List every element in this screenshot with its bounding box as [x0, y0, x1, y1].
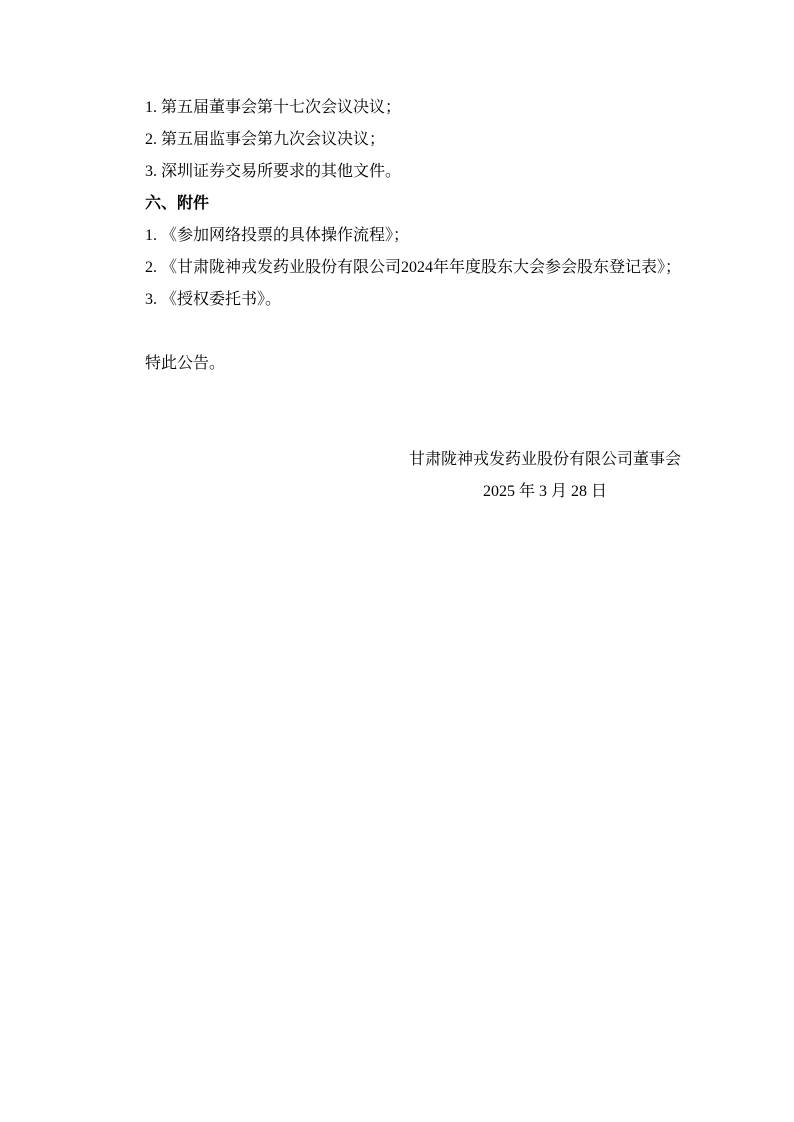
closing-statement: 特此公告。 [113, 348, 681, 380]
resolution-item-3: 3. 深圳证券交易所要求的其他文件。 [113, 156, 681, 188]
attachment-item-2: 2. 《甘肃陇神戎发药业股份有限公司2024年年度股东大会参会股东登记表》； [113, 252, 681, 284]
attachment-item-1: 1. 《参加网络投票的具体操作流程》； [113, 220, 681, 252]
signature-date: 2025 年 3 月 28 日 [409, 476, 681, 508]
resolution-item-2: 2. 第五届监事会第九次会议决议； [113, 124, 681, 156]
signature-block: 甘肃陇神戎发药业股份有限公司董事会 2025 年 3 月 28 日 [409, 444, 681, 508]
section-heading-attachments: 六、附件 [113, 188, 681, 220]
signature-company: 甘肃陇神戎发药业股份有限公司董事会 [409, 444, 681, 476]
attachment-item-3: 3. 《授权委托书》。 [113, 284, 681, 316]
resolution-item-1: 1. 第五届董事会第十七次会议决议； [113, 92, 681, 124]
document-page: 1. 第五届董事会第十七次会议决议； 2. 第五届监事会第九次会议决议； 3. … [0, 0, 794, 1122]
